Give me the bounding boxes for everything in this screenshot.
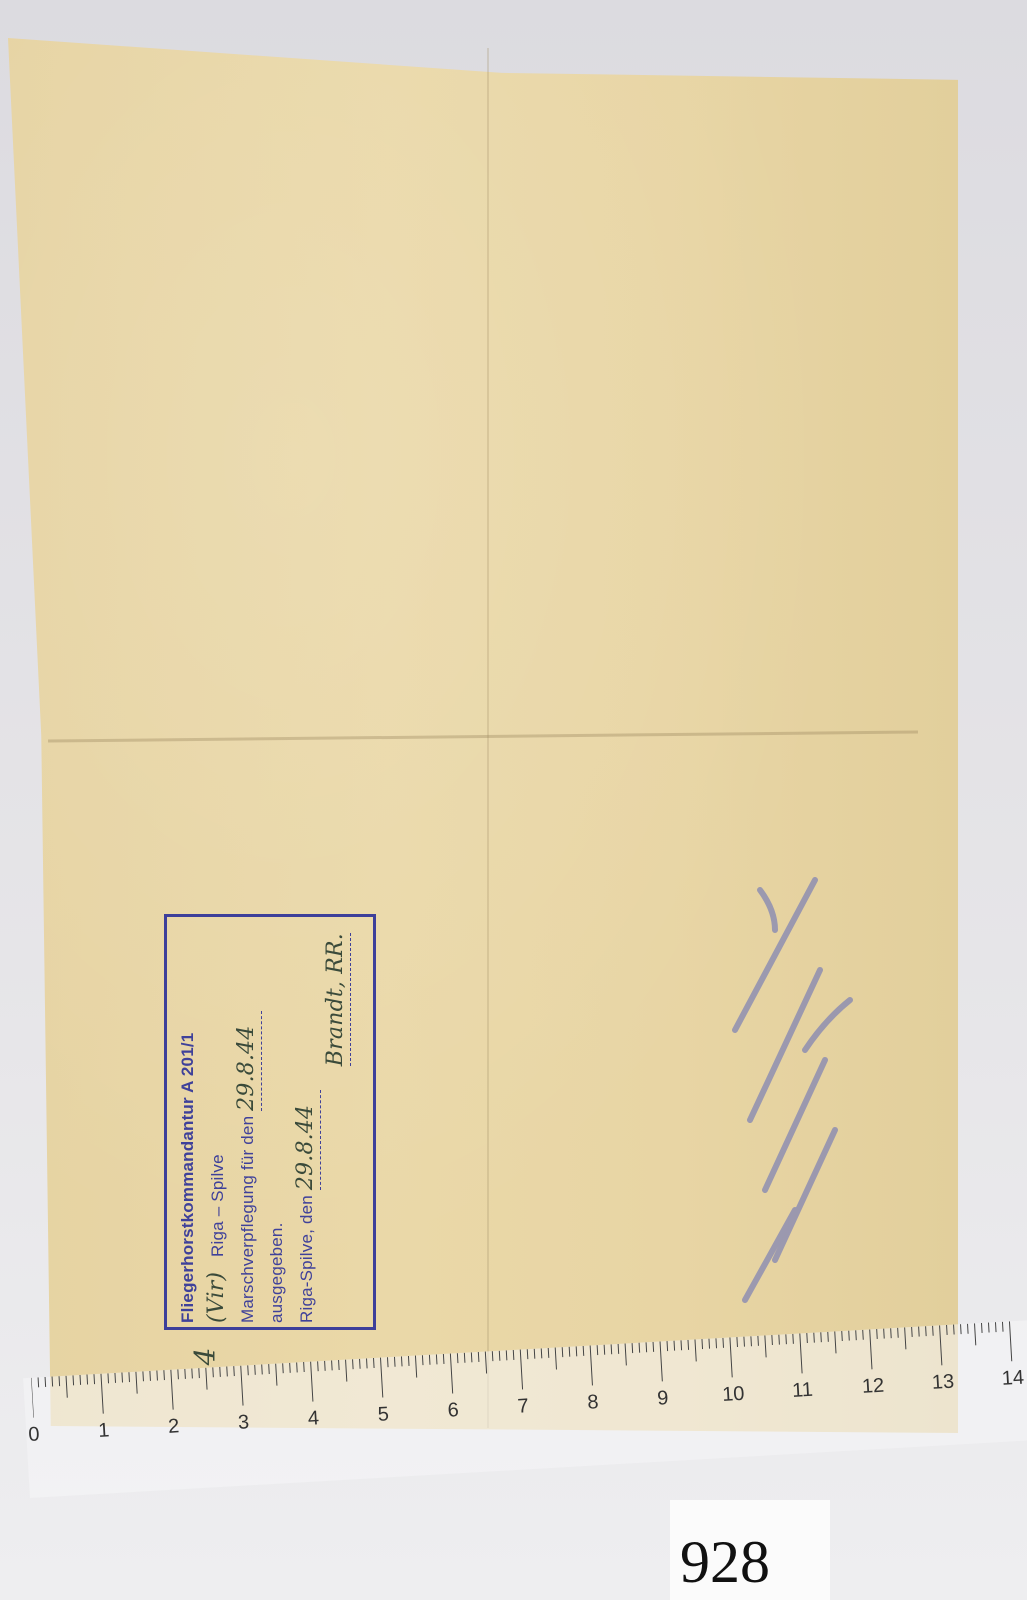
vertical-fold-line	[487, 48, 489, 1428]
ruler-label-10: 10	[722, 1383, 746, 1407]
stamp-issued-text: ausgegeben.	[262, 927, 291, 1323]
catalog-label: 928	[670, 1500, 830, 1600]
ration-stamp: Fliegerhorstkommandantur A 201/1 (Vir) R…	[164, 914, 376, 1330]
ruler-label-7: 7	[517, 1395, 529, 1419]
ruler-label-0: 0	[28, 1423, 40, 1447]
ruler-label-2: 2	[168, 1415, 180, 1439]
blue-crayon-scrawl	[705, 790, 855, 1310]
ruler-label-8: 8	[587, 1391, 599, 1415]
ruler-label-6: 6	[447, 1399, 459, 1423]
stamp-unit-name: Fliegerhorstkommandantur A 201/1	[173, 927, 202, 1323]
stamp-ration-date: 29.8.44	[232, 1011, 262, 1111]
stamp-handwritten-prefix: (Vir)	[204, 1272, 229, 1323]
catalog-number: 928	[680, 1528, 770, 1597]
ruler-label-11: 11	[791, 1379, 813, 1403]
stamp-ration-text: Marschverpflegung für den	[238, 1116, 257, 1323]
ruler-label-14: 14	[1001, 1367, 1025, 1391]
stamp-signature: Brandt, RR.	[321, 933, 351, 1066]
ruler-label-5: 5	[377, 1403, 389, 1427]
ruler-label-4: 4	[307, 1407, 319, 1431]
ruler-label-12: 12	[861, 1375, 885, 1399]
ruler-label-1: 1	[98, 1419, 110, 1443]
margin-number: 4	[188, 1348, 221, 1366]
ruler-label-9: 9	[657, 1387, 669, 1411]
stamp-location: Riga – Spilve	[208, 1154, 227, 1257]
ruler-label-3: 3	[237, 1411, 249, 1435]
stamp-place-date-text: Riga-Spilve, den	[297, 1195, 316, 1323]
stamp-issue-date: 29.8.44	[291, 1090, 321, 1190]
ruler-label-13: 13	[931, 1371, 955, 1395]
